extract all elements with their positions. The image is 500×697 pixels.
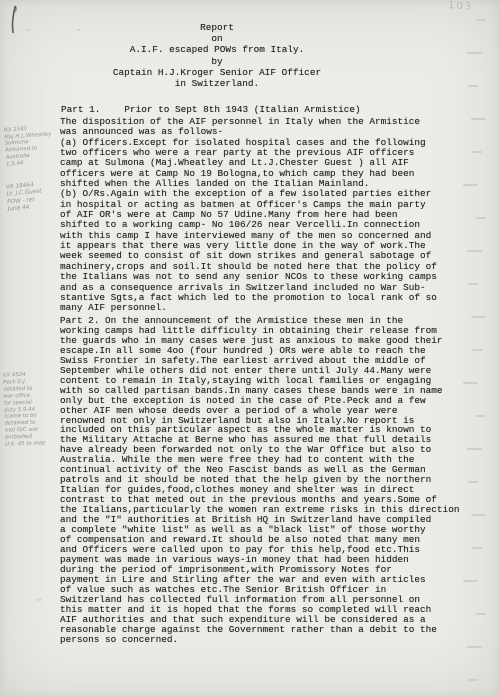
- text-line: Captain H.J.Kroger Senior AIF Officer: [0, 67, 434, 78]
- part2-paragraph: Part 2. On the announcement of the Armis…: [60, 316, 464, 644]
- margin-note-wheatley: NX 2343Maj H.L.WheatleySulmonaReturned t…: [4, 124, 54, 167]
- rule-dash: [468, 481, 478, 483]
- rule-dash: [468, 283, 478, 285]
- handwritten-page-number: 103: [448, 0, 474, 13]
- margin-note-guest: VX 18464Lt. J.C.GuestPOW - retJune 44.: [6, 182, 43, 215]
- text-line: on: [0, 33, 434, 44]
- rule-dash: [472, 547, 482, 549]
- rule-dash: [468, 85, 478, 87]
- part1-title: Prior to Sept 8th 1943 (Italian Armistic…: [124, 104, 360, 115]
- text-line: the Italians was not to send any senior …: [60, 272, 464, 282]
- scanned-document-page: 103 ReportonA.I.F. escaped POWs from Ita…: [0, 0, 500, 697]
- rule-dash: [468, 679, 478, 681]
- rule-dash: [467, 52, 482, 54]
- rule-dash: [467, 448, 482, 450]
- rule-dash: [472, 349, 482, 351]
- part1-label: Part 1.: [61, 104, 100, 115]
- text-line: A.I.F. escaped POWs from Italy.: [0, 44, 434, 55]
- text-line: U.K. 45 to map: [5, 440, 46, 448]
- text-line: reasonable charge against the Government…: [60, 625, 464, 635]
- rule-dash: [467, 250, 482, 252]
- rule-dash: [463, 382, 478, 384]
- rule-dash: [471, 514, 486, 516]
- rule-dash: [463, 184, 478, 186]
- part1-heading: Part 1.Prior to Sept 8th 1943 (Italian A…: [61, 104, 361, 115]
- margin-note-peck: VX 4524Peck D.J.detailed towar officefor…: [3, 371, 46, 448]
- rule-dash: [463, 580, 478, 582]
- rule-dash: [476, 415, 486, 417]
- rule-dash: [467, 646, 482, 648]
- report-title-block: ReportonA.I.F. escaped POWs from Italy.b…: [0, 22, 434, 89]
- rule-dash: [476, 217, 486, 219]
- rule-dash: [471, 316, 486, 318]
- text-line: persons so concerned.: [60, 635, 464, 645]
- part1-paragraph: The disposition of the AIF personnel in …: [60, 117, 464, 314]
- text-line: June 44.: [8, 204, 43, 214]
- text-line: many AIF personnel.: [60, 303, 464, 313]
- paper-smudge: [36, 598, 42, 601]
- text-line: in Switzerland.: [0, 78, 434, 89]
- rule-dash: [471, 118, 486, 120]
- text-line: Report: [0, 22, 434, 33]
- rule-dash: [476, 19, 486, 21]
- rule-dash: [476, 613, 486, 615]
- text-line: by: [0, 56, 434, 67]
- rule-dash: [472, 151, 482, 153]
